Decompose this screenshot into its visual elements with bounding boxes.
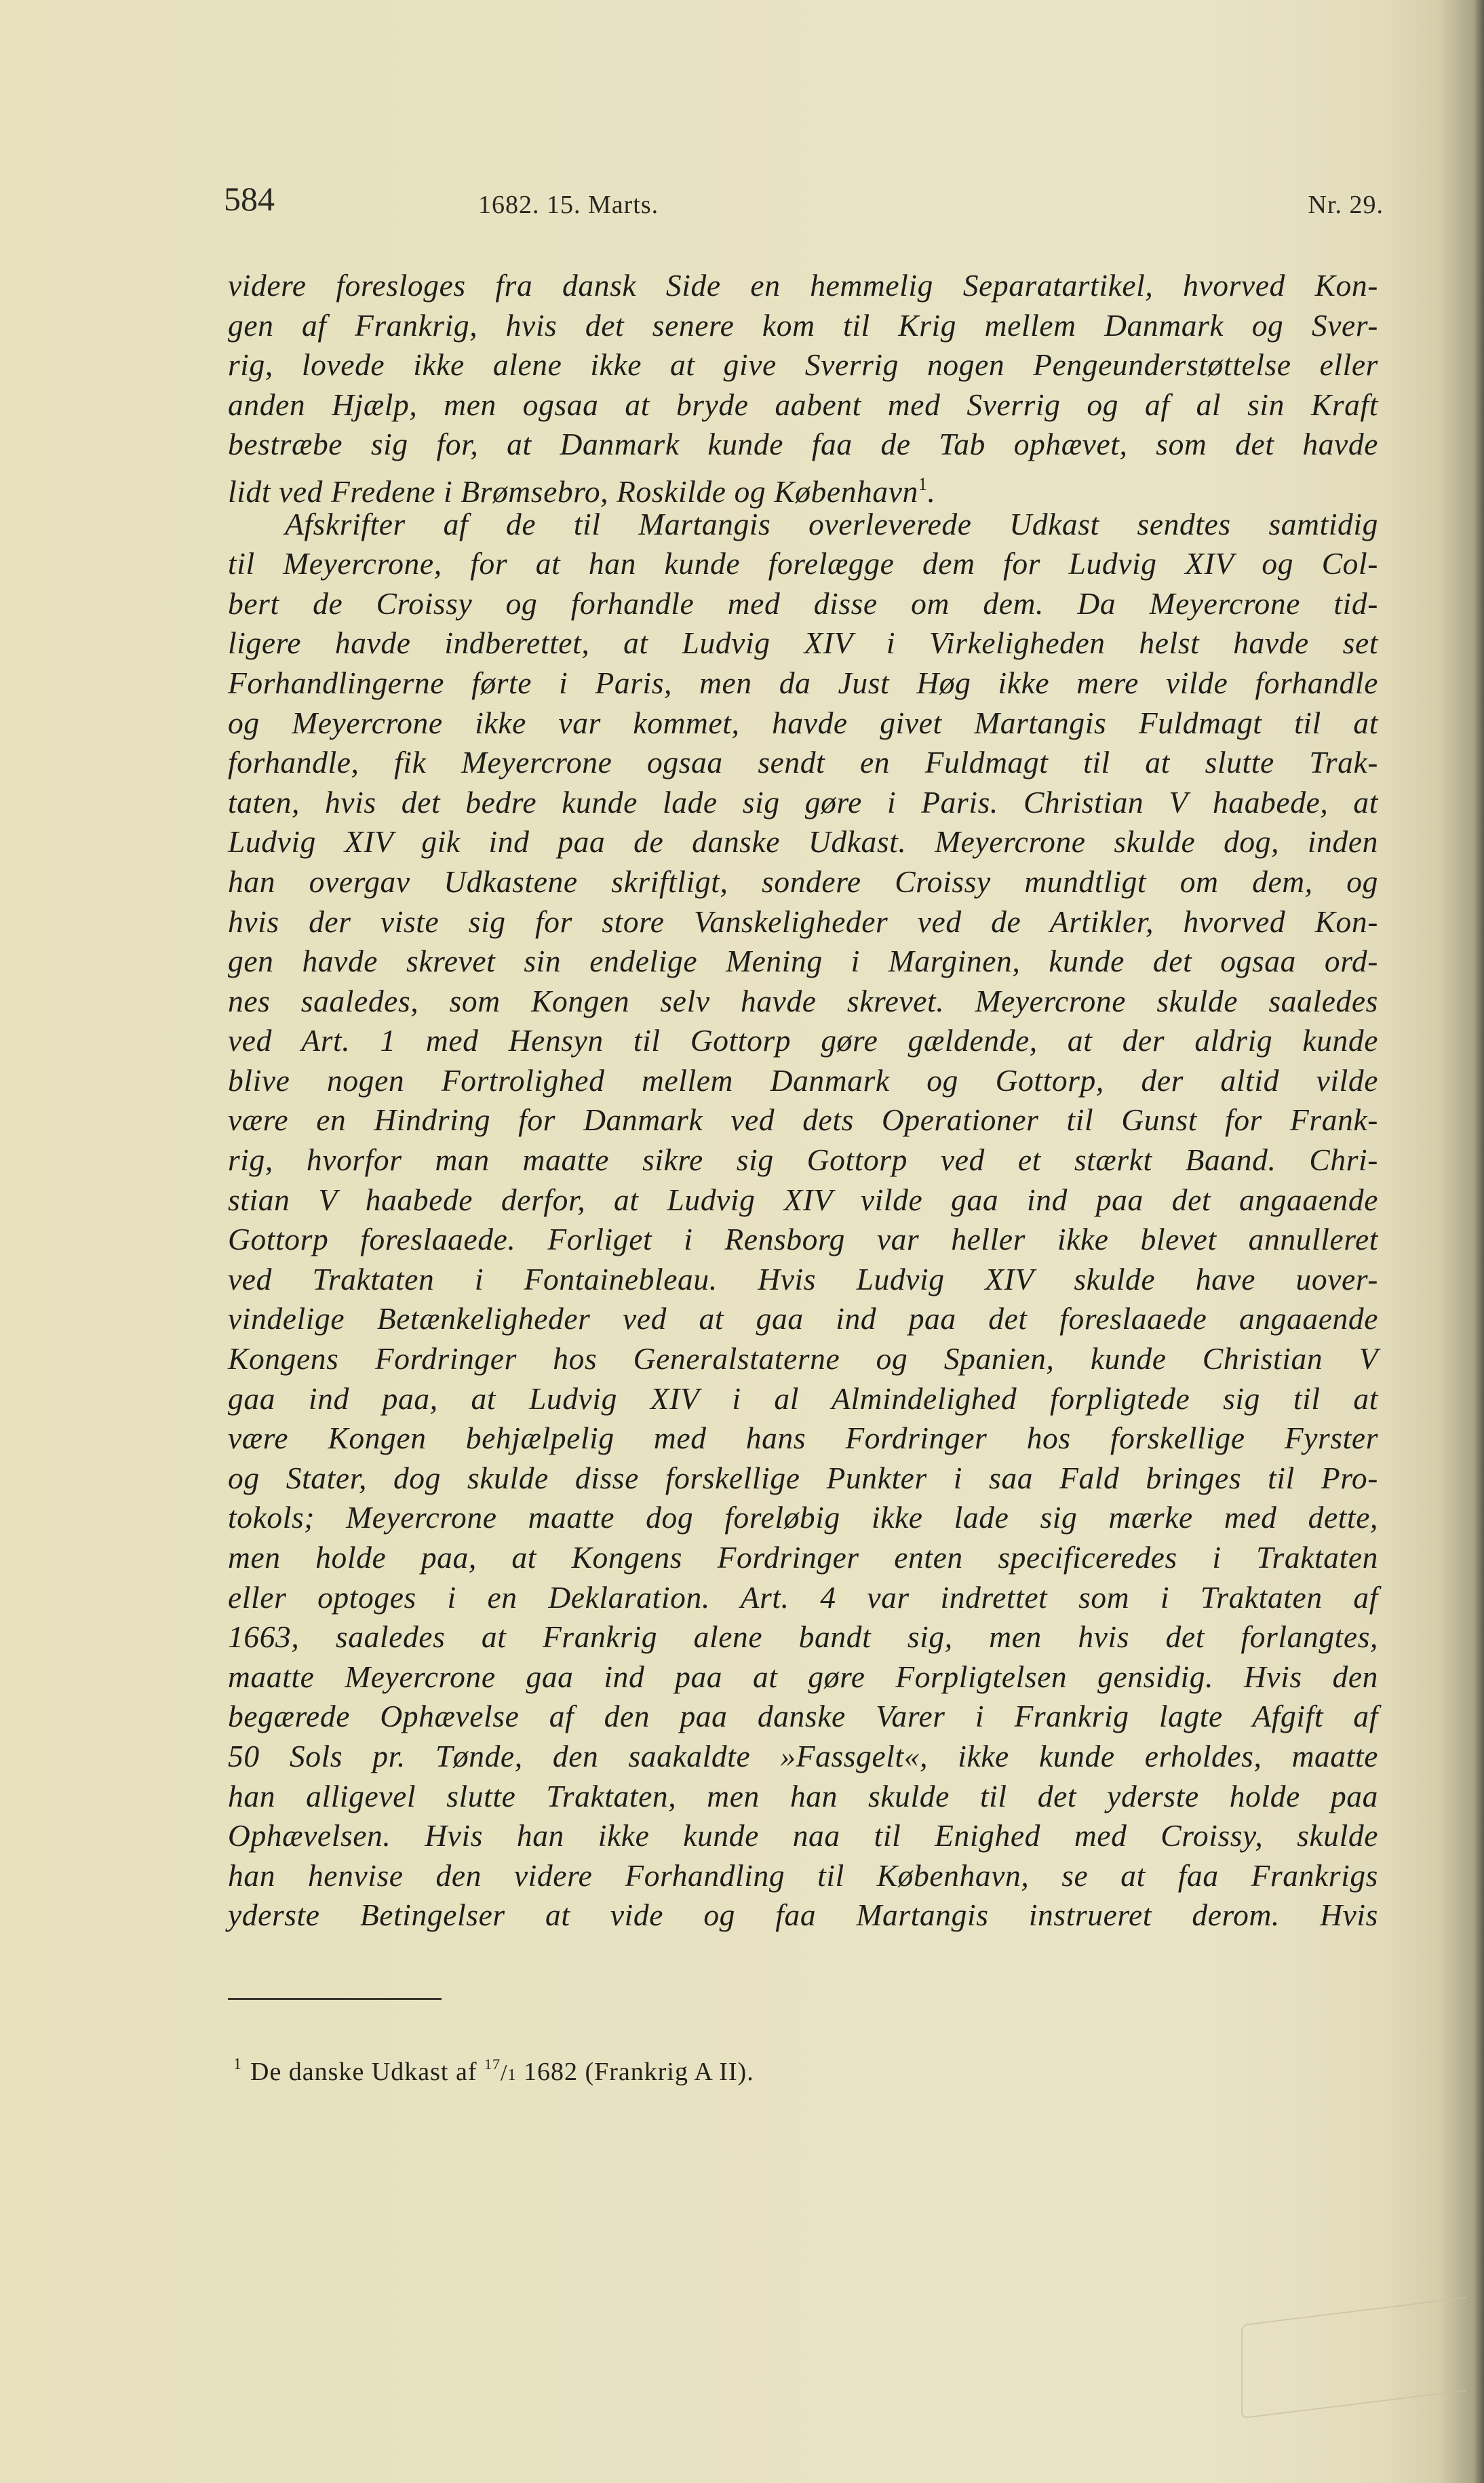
text-line-with-footnote-ref: lidt ved Fredene i Brømsebro, Roskilde o… xyxy=(228,465,1378,505)
text-line: bert de Croissy og forhandle med disse o… xyxy=(228,584,1378,624)
text-line: eller optoges i en Deklaration. Art. 4 v… xyxy=(228,1578,1378,1618)
text-line: Forhandlingerne førte i Paris, men da Ju… xyxy=(228,663,1378,704)
text-line: til Meyercrone, for at han kunde forelæg… xyxy=(228,544,1378,584)
text-line: ved Art. 1 med Hensyn til Gottorp gøre g… xyxy=(228,1021,1378,1061)
running-header: 584 1682. 15. Marts. Nr. 29. xyxy=(224,175,1384,216)
page-number: 584 xyxy=(224,179,275,218)
text-line: være Kongen behjælpelig med hans Fordrin… xyxy=(228,1419,1378,1459)
footnote-date-month: 1 xyxy=(507,2066,516,2084)
text-line: og Stater, dog skulde disse forskellige … xyxy=(228,1459,1378,1499)
text-line: han alligevel slutte Traktaten, men han … xyxy=(228,1777,1378,1817)
text-line: gen havde skrevet sin endelige Mening i … xyxy=(228,942,1378,982)
footnote: 1De danske Udkast af 17/1 1682 (Frankrig… xyxy=(233,2056,754,2087)
page-tab-impression xyxy=(1241,2297,1466,2419)
text-line: 1663, saaledes at Frankrig alene bandt s… xyxy=(228,1617,1378,1657)
text-line: være en Hindring for Danmark ved dets Op… xyxy=(228,1100,1378,1140)
footnote-text-before: De danske Udkast af xyxy=(250,2058,477,2086)
text-line: Kongens Fordringer hos Generalstaterne o… xyxy=(228,1339,1378,1379)
book-page: 584 1682. 15. Marts. Nr. 29. videre fore… xyxy=(0,0,1484,2483)
text-line: han henvise den videre Forhandling til K… xyxy=(228,1856,1378,1896)
text-line: taten, hvis det bedre kunde lade sig gør… xyxy=(228,783,1378,823)
text-line: gaa ind paa, at Ludvig XIV i al Almindel… xyxy=(228,1379,1378,1419)
text-line: nes saaledes, som Kongen selv havde skre… xyxy=(228,982,1378,1022)
text-line: vindelige Betænkeligheder ved at gaa ind… xyxy=(228,1299,1378,1339)
text-line: lidt ved Fredene i Brømsebro, Roskilde o… xyxy=(228,474,918,509)
text-line: gen af Frankrig, hvis det senere kom til… xyxy=(228,306,1378,346)
text-line: anden Hjælp, men ogsaa at bryde aabent m… xyxy=(228,385,1378,425)
text-line: og Meyercrone ikke var kommet, havde giv… xyxy=(228,704,1378,744)
text-line: yderste Betingelser at vide og faa Marta… xyxy=(228,1895,1378,1936)
text-line: forhandle, fik Meyercrone ogsaa sendt en… xyxy=(228,743,1378,783)
text-line: Ophævelsen. Hvis han ikke kunde naa til … xyxy=(228,1816,1378,1856)
document-number: Nr. 29. xyxy=(1308,190,1384,220)
text-line: Ludvig XIV gik ind paa de danske Udkast.… xyxy=(228,822,1378,862)
text-line: Gottorp foreslaaede. Forliget i Rensborg… xyxy=(228,1220,1378,1260)
text-line: stian V haabede derfor, at Ludvig XIV vi… xyxy=(228,1180,1378,1220)
footnote-text-after: 1682 (Frankrig A II). xyxy=(524,2058,754,2086)
footnote-date-slash: / xyxy=(501,2060,507,2085)
footnote-date-day: 17 xyxy=(484,2056,501,2073)
text-line: maatte Meyercrone gaa ind paa at gøre Fo… xyxy=(228,1657,1378,1697)
body-text: videre foresloges fra dansk Side en hemm… xyxy=(228,266,1378,1936)
header-date: 1682. 15. Marts. xyxy=(478,190,659,220)
text-line: men holde paa, at Kongens Fordringer ent… xyxy=(228,1538,1378,1578)
text-line: hvis der viste sig for store Vanskelighe… xyxy=(228,902,1378,942)
text-line: han overgav Udkastene skriftligt, sonder… xyxy=(228,862,1378,902)
footnote-divider xyxy=(228,1998,442,2000)
text-line: ligere havde indberettet, at Ludvig XIV … xyxy=(228,623,1378,663)
period: . xyxy=(928,474,936,509)
text-line: blive nogen Fortrolighed mellem Danmark … xyxy=(228,1061,1378,1101)
text-line: bestræbe sig for, at Danmark kunde faa d… xyxy=(228,425,1378,465)
text-line: 50 Sols pr. Tønde, den saakaldte »Fassge… xyxy=(228,1737,1378,1777)
footnote-reference: 1 xyxy=(918,474,928,494)
text-line: rig, hvorfor man maatte sikre sig Gottor… xyxy=(228,1140,1378,1180)
text-line-paragraph-start: Afskrifter af de til Martangis overlever… xyxy=(228,505,1378,545)
text-line: videre foresloges fra dansk Side en hemm… xyxy=(228,266,1378,306)
text-line: ved Traktaten i Fontainebleau. Hvis Ludv… xyxy=(228,1260,1378,1300)
text-line: rig, lovede ikke alene ikke at give Sver… xyxy=(228,345,1378,385)
text-line: tokols; Meyercrone maatte dog foreløbig … xyxy=(228,1498,1378,1538)
footnote-marker: 1 xyxy=(233,2056,242,2073)
text-line: begærede Ophævelse af den paa danske Var… xyxy=(228,1697,1378,1737)
